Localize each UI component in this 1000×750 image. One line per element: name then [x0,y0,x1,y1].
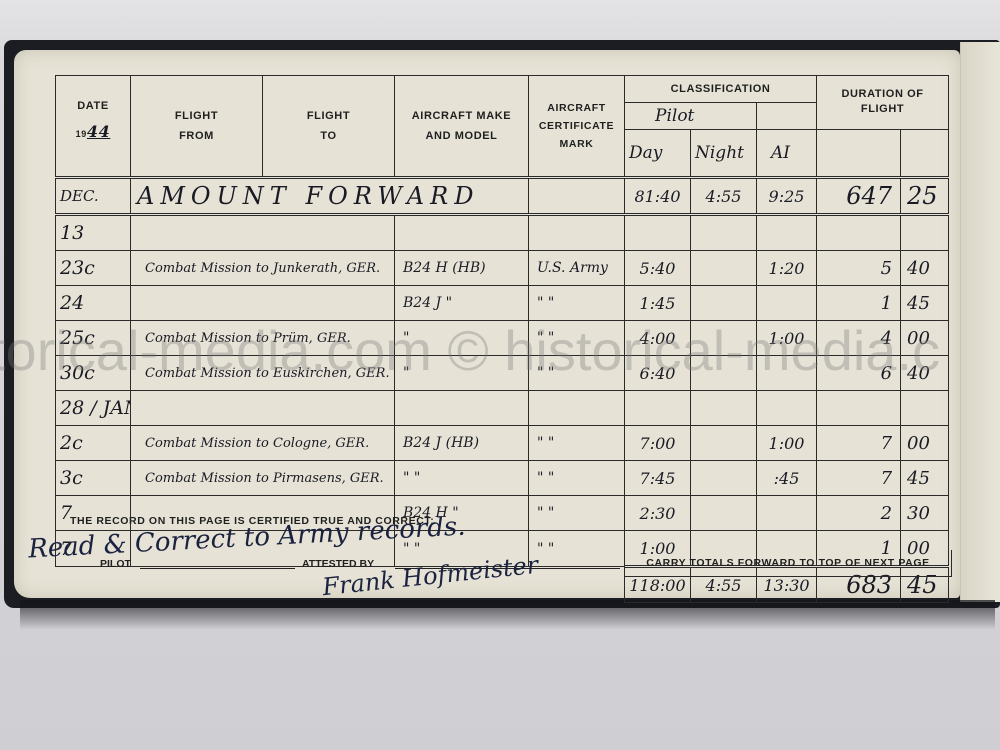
entry-hours: 5 [817,251,901,286]
entry-night [691,426,757,461]
to-header: FLIGHT TO [263,76,395,178]
log-row: 24B24 J "" "1:45145 [56,286,949,321]
entry-cert-mark: " " [529,496,625,531]
entry-date: 3c [56,461,131,496]
year-value: 44 [87,122,110,141]
entry-day: 4:00 [625,321,691,356]
entry-hours: 7 [817,426,901,461]
entry-day: 5:40 [625,251,691,286]
entry-day: 1:45 [625,286,691,321]
entry-cert-mark [529,391,625,426]
entry-route [131,391,395,426]
entry-aircraft: B24 J " [395,286,529,321]
book-shadow [20,600,995,630]
entry-hours [817,391,901,426]
entry-ai [757,286,817,321]
entry-night [691,356,757,391]
entry-hours: 6 [817,356,901,391]
amount-forward-row: DEC. AMOUNT FORWARD 81:40 4:55 9:25 647 … [56,178,949,215]
entry-ai [757,496,817,531]
log-row: 2cCombat Mission to Cologne, GER.B24 J (… [56,426,949,461]
entry-minutes: 30 [901,496,949,531]
entry-cert-mark: " " [529,356,625,391]
classification-header: CLASSIFICATION [625,76,817,103]
hours-col-label [817,129,901,177]
entry-date: 13 [56,215,131,251]
date-header: DATE 1944 [56,76,131,178]
day-col-label: Day [625,129,691,177]
date-label: DATE [56,98,130,114]
entry-ai [757,391,817,426]
duration-header: DURATION OF FLIGHT [817,76,949,130]
forward-month: DEC. [56,178,131,215]
entry-hours: 4 [817,321,901,356]
entry-ai: 1:00 [757,426,817,461]
entry-cert-mark: " " [529,426,625,461]
entry-night [691,286,757,321]
entry-aircraft: " [395,356,529,391]
forward-minutes: 25 [901,178,949,215]
entry-day [625,215,691,251]
page-edge [960,42,1000,602]
entry-route: Combat Mission to Prüm, GER. [131,321,395,356]
entry-hours: 1 [817,286,901,321]
entry-route [131,215,395,251]
pilot-signature-line [140,568,295,569]
entry-route: Combat Mission to Cologne, GER. [131,426,395,461]
entry-route [131,286,395,321]
forward-cert-blank [529,178,625,215]
entry-date: 30c [56,356,131,391]
amount-forward-text: AMOUNT FORWARD [131,178,529,215]
carry-forward-note: CARRY TOTALS FORWARD TO TOP OF NEXT PAGE [624,550,952,577]
entry-minutes: 00 [901,321,949,356]
entry-route: Combat Mission to Junkerath, GER. [131,251,395,286]
entry-minutes [901,391,949,426]
entry-aircraft: " " [395,461,529,496]
entry-aircraft: B24 J (HB) [395,426,529,461]
entry-aircraft: " [395,321,529,356]
log-row: 3cCombat Mission to Pirmasens, GER." "" … [56,461,949,496]
from-header: FLIGHT FROM [131,76,263,178]
log-row: 30cCombat Mission to Euskirchen, GER."" … [56,356,949,391]
entry-hours: 7 [817,461,901,496]
header-row: DATE 1944 FLIGHT FROM FLIGHT TO AIRCRAFT… [56,76,949,103]
night-col-label: Night [691,129,757,177]
minutes-col-label [901,129,949,177]
entry-route: Combat Mission to Pirmasens, GER. [131,461,395,496]
entry-ai: :45 [757,461,817,496]
entry-night [691,215,757,251]
entry-ai: 1:00 [757,321,817,356]
entry-night [691,461,757,496]
entry-ai: 1:20 [757,251,817,286]
forward-hours: 647 [817,178,901,215]
forward-ai: 9:25 [757,178,817,215]
entry-day: 6:40 [625,356,691,391]
log-row: 13 [56,215,949,251]
entry-day: 7:45 [625,461,691,496]
entry-night [691,391,757,426]
forward-day: 81:40 [625,178,691,215]
entry-aircraft: B24 H (HB) [395,251,529,286]
entry-ai [757,215,817,251]
pilot-label: Pilot [625,102,757,129]
log-row: 28 / JAN.45 [56,391,949,426]
entry-aircraft [395,391,529,426]
entry-route: Combat Mission to Euskirchen, GER. [131,356,395,391]
entry-date: 25c [56,321,131,356]
entry-minutes: 00 [901,426,949,461]
entry-cert-mark: " " [529,286,625,321]
entry-day: 7:00 [625,426,691,461]
entry-cert-mark: " " [529,321,625,356]
entry-date: 2c [56,426,131,461]
entry-minutes [901,215,949,251]
forward-night: 4:55 [691,178,757,215]
entry-night [691,496,757,531]
entry-cert-mark: " " [529,461,625,496]
entry-cert-mark: U.S. Army [529,251,625,286]
entry-night [691,251,757,286]
entry-hours: 2 [817,496,901,531]
log-row: 23cCombat Mission to Junkerath, GER.B24 … [56,251,949,286]
entry-cert-mark [529,215,625,251]
classification-blank [757,102,817,129]
entry-date: 24 [56,286,131,321]
entry-hours [817,215,901,251]
entry-minutes: 45 [901,461,949,496]
cert-header: AIRCRAFT CERTIFICATE MARK [529,76,625,178]
entry-date: 28 / JAN.45 [56,391,131,426]
entry-aircraft [395,215,529,251]
log-row: 25cCombat Mission to Prüm, GER."" "4:001… [56,321,949,356]
entry-date: 23c [56,251,131,286]
entry-ai [757,356,817,391]
make-header: AIRCRAFT MAKE AND MODEL [395,76,529,178]
entry-minutes: 40 [901,251,949,286]
entry-cert-mark: " " [529,531,625,567]
entry-day: 2:30 [625,496,691,531]
entry-minutes: 40 [901,356,949,391]
entry-day [625,391,691,426]
ai-col-label: AI [757,129,817,177]
year-prefix: 19 [76,129,87,139]
entry-minutes: 45 [901,286,949,321]
entry-night [691,321,757,356]
